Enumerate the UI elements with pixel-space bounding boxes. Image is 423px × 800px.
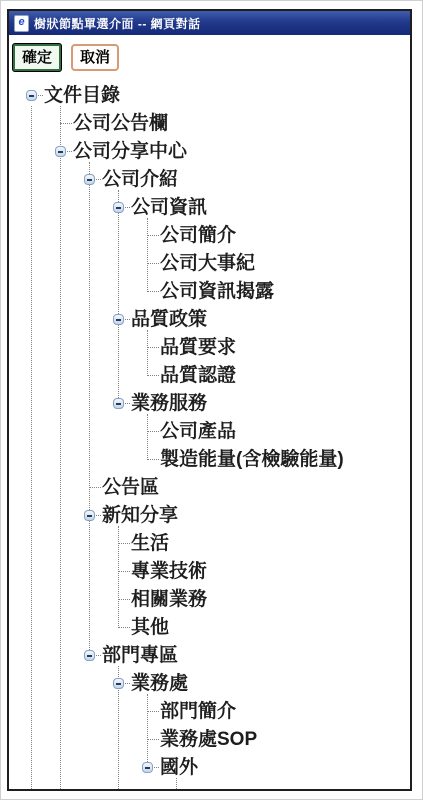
tree-node-label[interactable]: 製造能量(含檢驗能量) xyxy=(160,446,344,474)
tree-row: 品質要求 xyxy=(9,334,410,362)
tree-connector-line xyxy=(147,235,159,236)
tree-node-label[interactable]: 業務處SOP xyxy=(160,726,257,754)
tree-row: 品質認證 xyxy=(9,362,410,390)
button-row: 確定 取消 xyxy=(12,44,410,71)
tree-connector-line xyxy=(118,599,130,600)
tree-row: 部門專區 xyxy=(9,642,410,670)
tree-row: 製造能量(含檢驗能量) xyxy=(9,446,410,474)
tree-expander-minus-icon[interactable] xyxy=(26,90,37,101)
tree-row: 業務處SOP xyxy=(9,726,410,754)
tree-row: 業務服務 xyxy=(9,390,410,418)
tree-node-label[interactable]: 業務服務 xyxy=(131,390,207,418)
cancel-button[interactable]: 取消 xyxy=(71,44,119,71)
tree-node-label[interactable]: 公司簡介 xyxy=(160,222,236,250)
tree-node-label[interactable]: 業務處 xyxy=(131,670,188,698)
tree-row: 文件目錄 xyxy=(9,82,410,110)
tree-node-label[interactable]: 文件目錄 xyxy=(44,82,120,110)
tree-node-label[interactable]: 相關業務 xyxy=(131,586,207,614)
tree-expander-minus-icon[interactable] xyxy=(113,398,124,409)
tree-connector-line xyxy=(118,543,130,544)
tree-node-label[interactable]: 專業技術 xyxy=(131,558,207,586)
tree-node-label[interactable]: 公司介紹 xyxy=(102,166,178,194)
tree-connector-line xyxy=(147,459,159,460)
tree-node-label[interactable]: 公司產品 xyxy=(160,418,236,446)
tree-connector-line xyxy=(147,263,159,264)
tree-node-label[interactable]: 其他 xyxy=(131,614,169,642)
ok-button[interactable]: 確定 xyxy=(13,44,61,71)
tree-expander-minus-icon[interactable] xyxy=(84,650,95,661)
tree-connector-line xyxy=(89,487,101,488)
tree-node-label[interactable]: 公司分享中心 xyxy=(73,138,187,166)
tree-row: 國外 xyxy=(9,754,410,782)
tree-row: 品質政策 xyxy=(9,306,410,334)
tree-row: 公司簡介 xyxy=(9,222,410,250)
webpage-dialog-icon: e xyxy=(14,15,29,32)
tree-connector-line xyxy=(60,123,72,124)
tree-connector-line xyxy=(118,627,130,628)
tree-expander-minus-icon[interactable] xyxy=(84,174,95,185)
webpage-dialog-window: e 樹狀節點單選介面 -- 網頁對話 確定 取消 文件目錄公司公告欄公司分享中心… xyxy=(7,9,412,791)
tree-node-label[interactable]: 公司公告欄 xyxy=(73,110,168,138)
tree-row: 部門簡介 xyxy=(9,698,410,726)
tree-expander-minus-icon[interactable] xyxy=(113,202,124,213)
tree-node-label[interactable]: 生活 xyxy=(131,530,169,558)
tree-row: 公司介紹 xyxy=(9,166,410,194)
tree-node-label[interactable]: 品質政策 xyxy=(131,306,207,334)
tree-node-label[interactable]: 品質要求 xyxy=(160,334,236,362)
tree-row: 公司資訊 xyxy=(9,194,410,222)
tree-row: 公司分享中心 xyxy=(9,138,410,166)
dialog-titlebar[interactable]: e 樹狀節點單選介面 -- 網頁對話 xyxy=(9,11,410,35)
tree-row: 生活 xyxy=(9,530,410,558)
tree-connector-line xyxy=(147,347,159,348)
tree-node-label[interactable]: 公司資訊 xyxy=(131,194,207,222)
tree-row: 公司大事紀 xyxy=(9,250,410,278)
tree-node-label[interactable]: 公告區 xyxy=(102,474,159,502)
tree-node-label[interactable]: 部門簡介 xyxy=(160,698,236,726)
tree-row: 公告區 xyxy=(9,474,410,502)
dialog-title: 樹狀節點單選介面 -- 網頁對話 xyxy=(34,15,201,32)
tree-node-label[interactable]: 新知分享 xyxy=(102,502,178,530)
tree-node-label[interactable]: 部門專區 xyxy=(102,642,178,670)
tree-row: 公司公告欄 xyxy=(9,110,410,138)
tree-node-label[interactable]: 國外 xyxy=(160,754,198,782)
tree-row: 專業技術 xyxy=(9,558,410,586)
tree-row: 其他 xyxy=(9,614,410,642)
tree-row: 相關業務 xyxy=(9,586,410,614)
tree-expander-minus-icon[interactable] xyxy=(113,314,124,325)
tree-connector-line xyxy=(147,291,159,292)
tree-node-label[interactable]: 品質認證 xyxy=(160,362,236,390)
tree-connector-line xyxy=(147,375,159,376)
tree-row: 業務處 xyxy=(9,670,410,698)
tree-row: 公司資訊揭露 xyxy=(9,278,410,306)
tree: 文件目錄公司公告欄公司分享中心公司介紹公司資訊公司簡介公司大事紀公司資訊揭露品質… xyxy=(9,82,410,789)
tree-expander-minus-icon[interactable] xyxy=(142,762,153,773)
tree-node-label[interactable]: 公司大事紀 xyxy=(160,250,255,278)
tree-connector-line xyxy=(147,739,159,740)
tree-connector-line xyxy=(118,571,130,572)
tree-row: 公司產品 xyxy=(9,418,410,446)
tree-node-label[interactable]: 公司資訊揭露 xyxy=(160,278,274,306)
tree-expander-minus-icon[interactable] xyxy=(113,678,124,689)
tree-connector-line xyxy=(147,711,159,712)
tree-row: 新知分享 xyxy=(9,502,410,530)
tree-expander-minus-icon[interactable] xyxy=(55,146,66,157)
tree-expander-minus-icon[interactable] xyxy=(84,510,95,521)
tree-connector-line xyxy=(147,431,159,432)
